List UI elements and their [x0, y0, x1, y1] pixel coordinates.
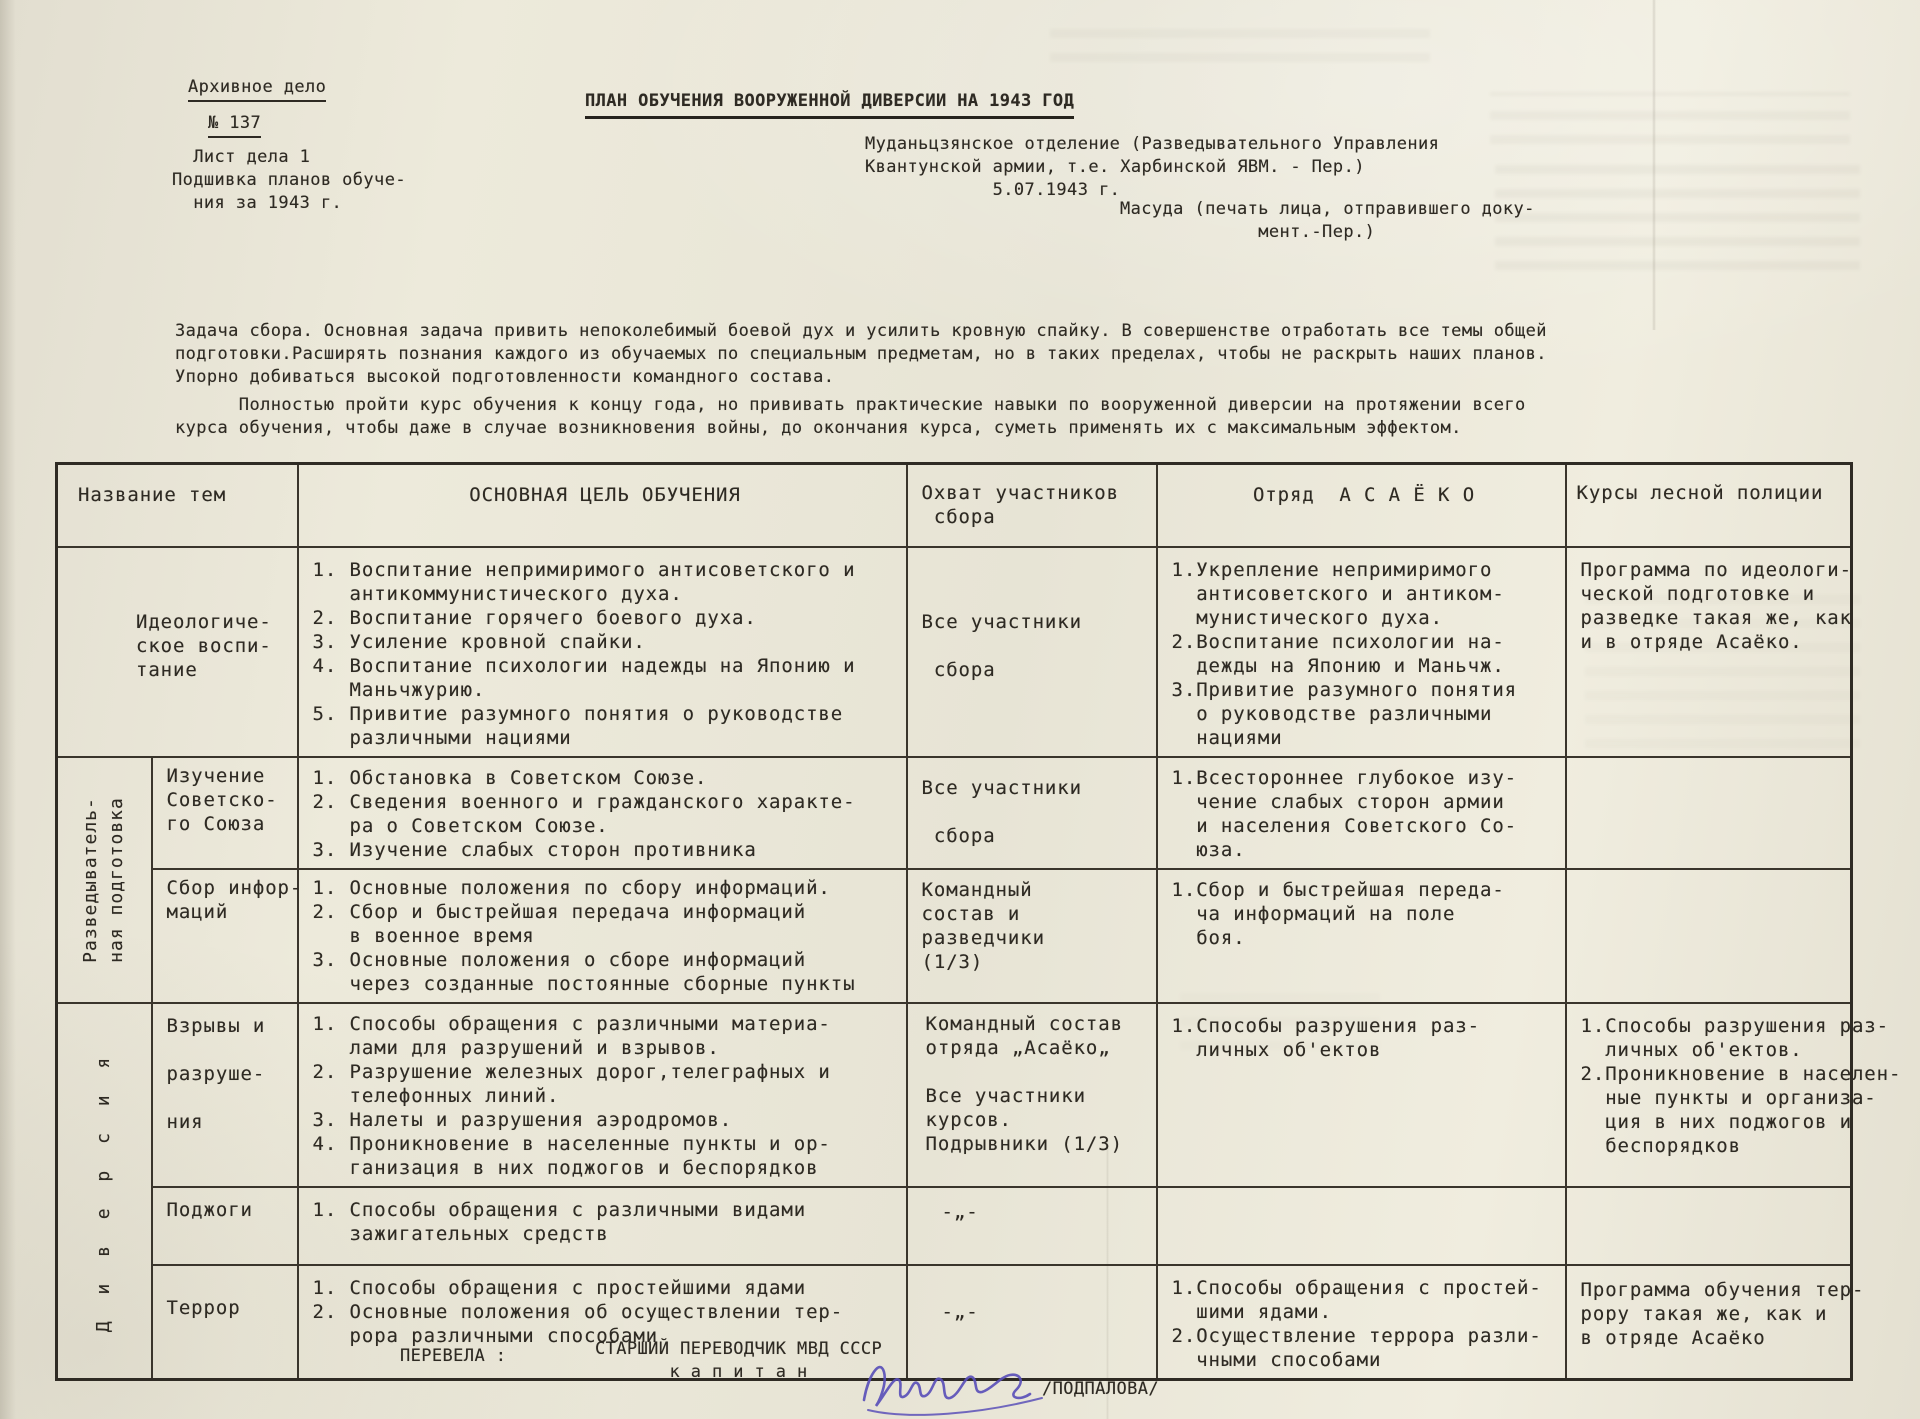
- cell-topic: Изучение Советско- го Союза: [152, 757, 298, 869]
- table-row: Сбор инфор- маций 1. Основные положения …: [57, 869, 1852, 1003]
- cell-forest-police: [1566, 1187, 1852, 1265]
- cell-topic: Идеологиче- ское воспи- тание: [57, 547, 298, 757]
- issuing-office-note: Муданьцзянское отделение (Разведывательн…: [865, 133, 1439, 202]
- translator-rank: СТАРШИЙ ПЕРЕВОДЧИК МВД СССР к а п и т а …: [595, 1338, 882, 1384]
- cell-forest-police: Программа по идеологи- ческой подготовке…: [1566, 547, 1852, 757]
- ink-bleedthrough-stain: [1050, 22, 1430, 62]
- archive-case-label: Архивное дело: [188, 77, 326, 102]
- group-cell-intelligence: Разведыватель- ная подготовка: [57, 757, 152, 1003]
- translated-by-label: ПЕРЕВЕЛА :: [400, 1345, 506, 1368]
- archive-sheet-note: Лист дела 1 Подшивка планов обуче- ния з…: [172, 146, 406, 215]
- table-row: Поджоги 1. Способы обращения с различным…: [57, 1187, 1852, 1265]
- cell-goal: 1. Способы обращения с различными видами…: [298, 1187, 907, 1265]
- archive-case-number: № 137: [208, 113, 261, 138]
- task-paragraph-2: Полностью пройти курс обучения к концу г…: [175, 394, 1526, 440]
- group-label-sabotage: Д и в е р с и я: [91, 1049, 117, 1332]
- table-row: Идеологиче- ское воспи- тание 1. Воспита…: [57, 547, 1852, 757]
- ink-bleedthrough-stain: [1490, 92, 1850, 144]
- table-row: Разведыватель- ная подготовка Изучение С…: [57, 757, 1852, 869]
- cell-topic: Сбор инфор- маций: [152, 869, 298, 1003]
- cell-forest-police: 1.Способы разрушения раз- личных об'екто…: [1566, 1003, 1852, 1187]
- group-cell-sabotage: Д и в е р с и я: [57, 1003, 152, 1380]
- cell-coverage: -„-: [907, 1187, 1157, 1265]
- cell-asaeko: [1157, 1187, 1566, 1265]
- group-label-intelligence: Разведыватель- ная подготовка: [78, 797, 130, 963]
- cell-coverage: Все участники сбора: [907, 547, 1157, 757]
- cell-asaeko: 1.Всестороннее глубокое изу- чение слабы…: [1157, 757, 1566, 869]
- cell-topic: Террор: [152, 1265, 298, 1380]
- header-asaeko-detachment: Отряд А С А Ё К О: [1157, 464, 1566, 547]
- cell-forest-police: Программа обучения тер- рору такая же, к…: [1566, 1265, 1852, 1380]
- header-coverage: Охват участников сбора: [907, 464, 1157, 547]
- cell-goal: 1. Основные положения по сбору информаци…: [298, 869, 907, 1003]
- cell-asaeko: 1.Способы обращения с простей- шими ядам…: [1157, 1265, 1566, 1380]
- task-paragraph-1: Задача сбора. Основная задача привить не…: [175, 320, 1547, 389]
- cell-asaeko: 1.Сбор и быстрейшая переда- ча информаци…: [1157, 869, 1566, 1003]
- paper-edge-shadow: [0, 0, 16, 1419]
- translator-name: /ПОДПАЛОВА/: [1042, 1378, 1159, 1401]
- cell-topic: Поджоги: [152, 1187, 298, 1265]
- cell-asaeko: 1.Укрепление непримиримого антисоветског…: [1157, 547, 1566, 757]
- sender-stamp-note: Масуда (печать лица, отправившего доку- …: [1120, 198, 1535, 244]
- paper-crease: [1652, 0, 1656, 330]
- scanned-document-page: Архивное дело № 137 Лист дела 1 Подшивка…: [0, 0, 1920, 1419]
- table-row: Д и в е р с и я Взрывы и разруше- ния 1.…: [57, 1003, 1852, 1187]
- cell-goal: 1. Воспитание непримиримого антисоветско…: [298, 547, 907, 757]
- header-forest-police: Курсы лесной полиции: [1566, 464, 1852, 547]
- cell-coverage: Командный состав отряда „Асаёко„ Все уча…: [907, 1003, 1157, 1187]
- cell-coverage: Все участники сбора: [907, 757, 1157, 869]
- ink-bleedthrough-stain: [1495, 152, 1860, 270]
- cell-topic: Взрывы и разруше- ния: [152, 1003, 298, 1187]
- document-title: ПЛАН ОБУЧЕНИЯ ВООРУЖЕННОЙ ДИВЕРСИИ НА 19…: [585, 91, 1074, 119]
- cell-asaeko: 1.Способы разрушения раз- личных об'екто…: [1157, 1003, 1566, 1187]
- cell-goal: 1. Способы обращения с различными матери…: [298, 1003, 907, 1187]
- signature-handwriting: [850, 1348, 1050, 1419]
- cell-forest-police: [1566, 869, 1852, 1003]
- cell-goal: 1. Обстановка в Советском Союзе. 2. Свед…: [298, 757, 907, 869]
- header-topic: Название тем: [57, 464, 298, 547]
- cell-forest-police: [1566, 757, 1852, 869]
- header-main-goal: ОСНОВНАЯ ЦЕЛЬ ОБУЧЕНИЯ: [298, 464, 907, 547]
- training-plan-table: Название тем ОСНОВНАЯ ЦЕЛЬ ОБУЧЕНИЯ Охва…: [55, 462, 1853, 1381]
- table-header-row: Название тем ОСНОВНАЯ ЦЕЛЬ ОБУЧЕНИЯ Охва…: [57, 464, 1852, 547]
- cell-coverage: Командный состав и разведчики (1/3): [907, 869, 1157, 1003]
